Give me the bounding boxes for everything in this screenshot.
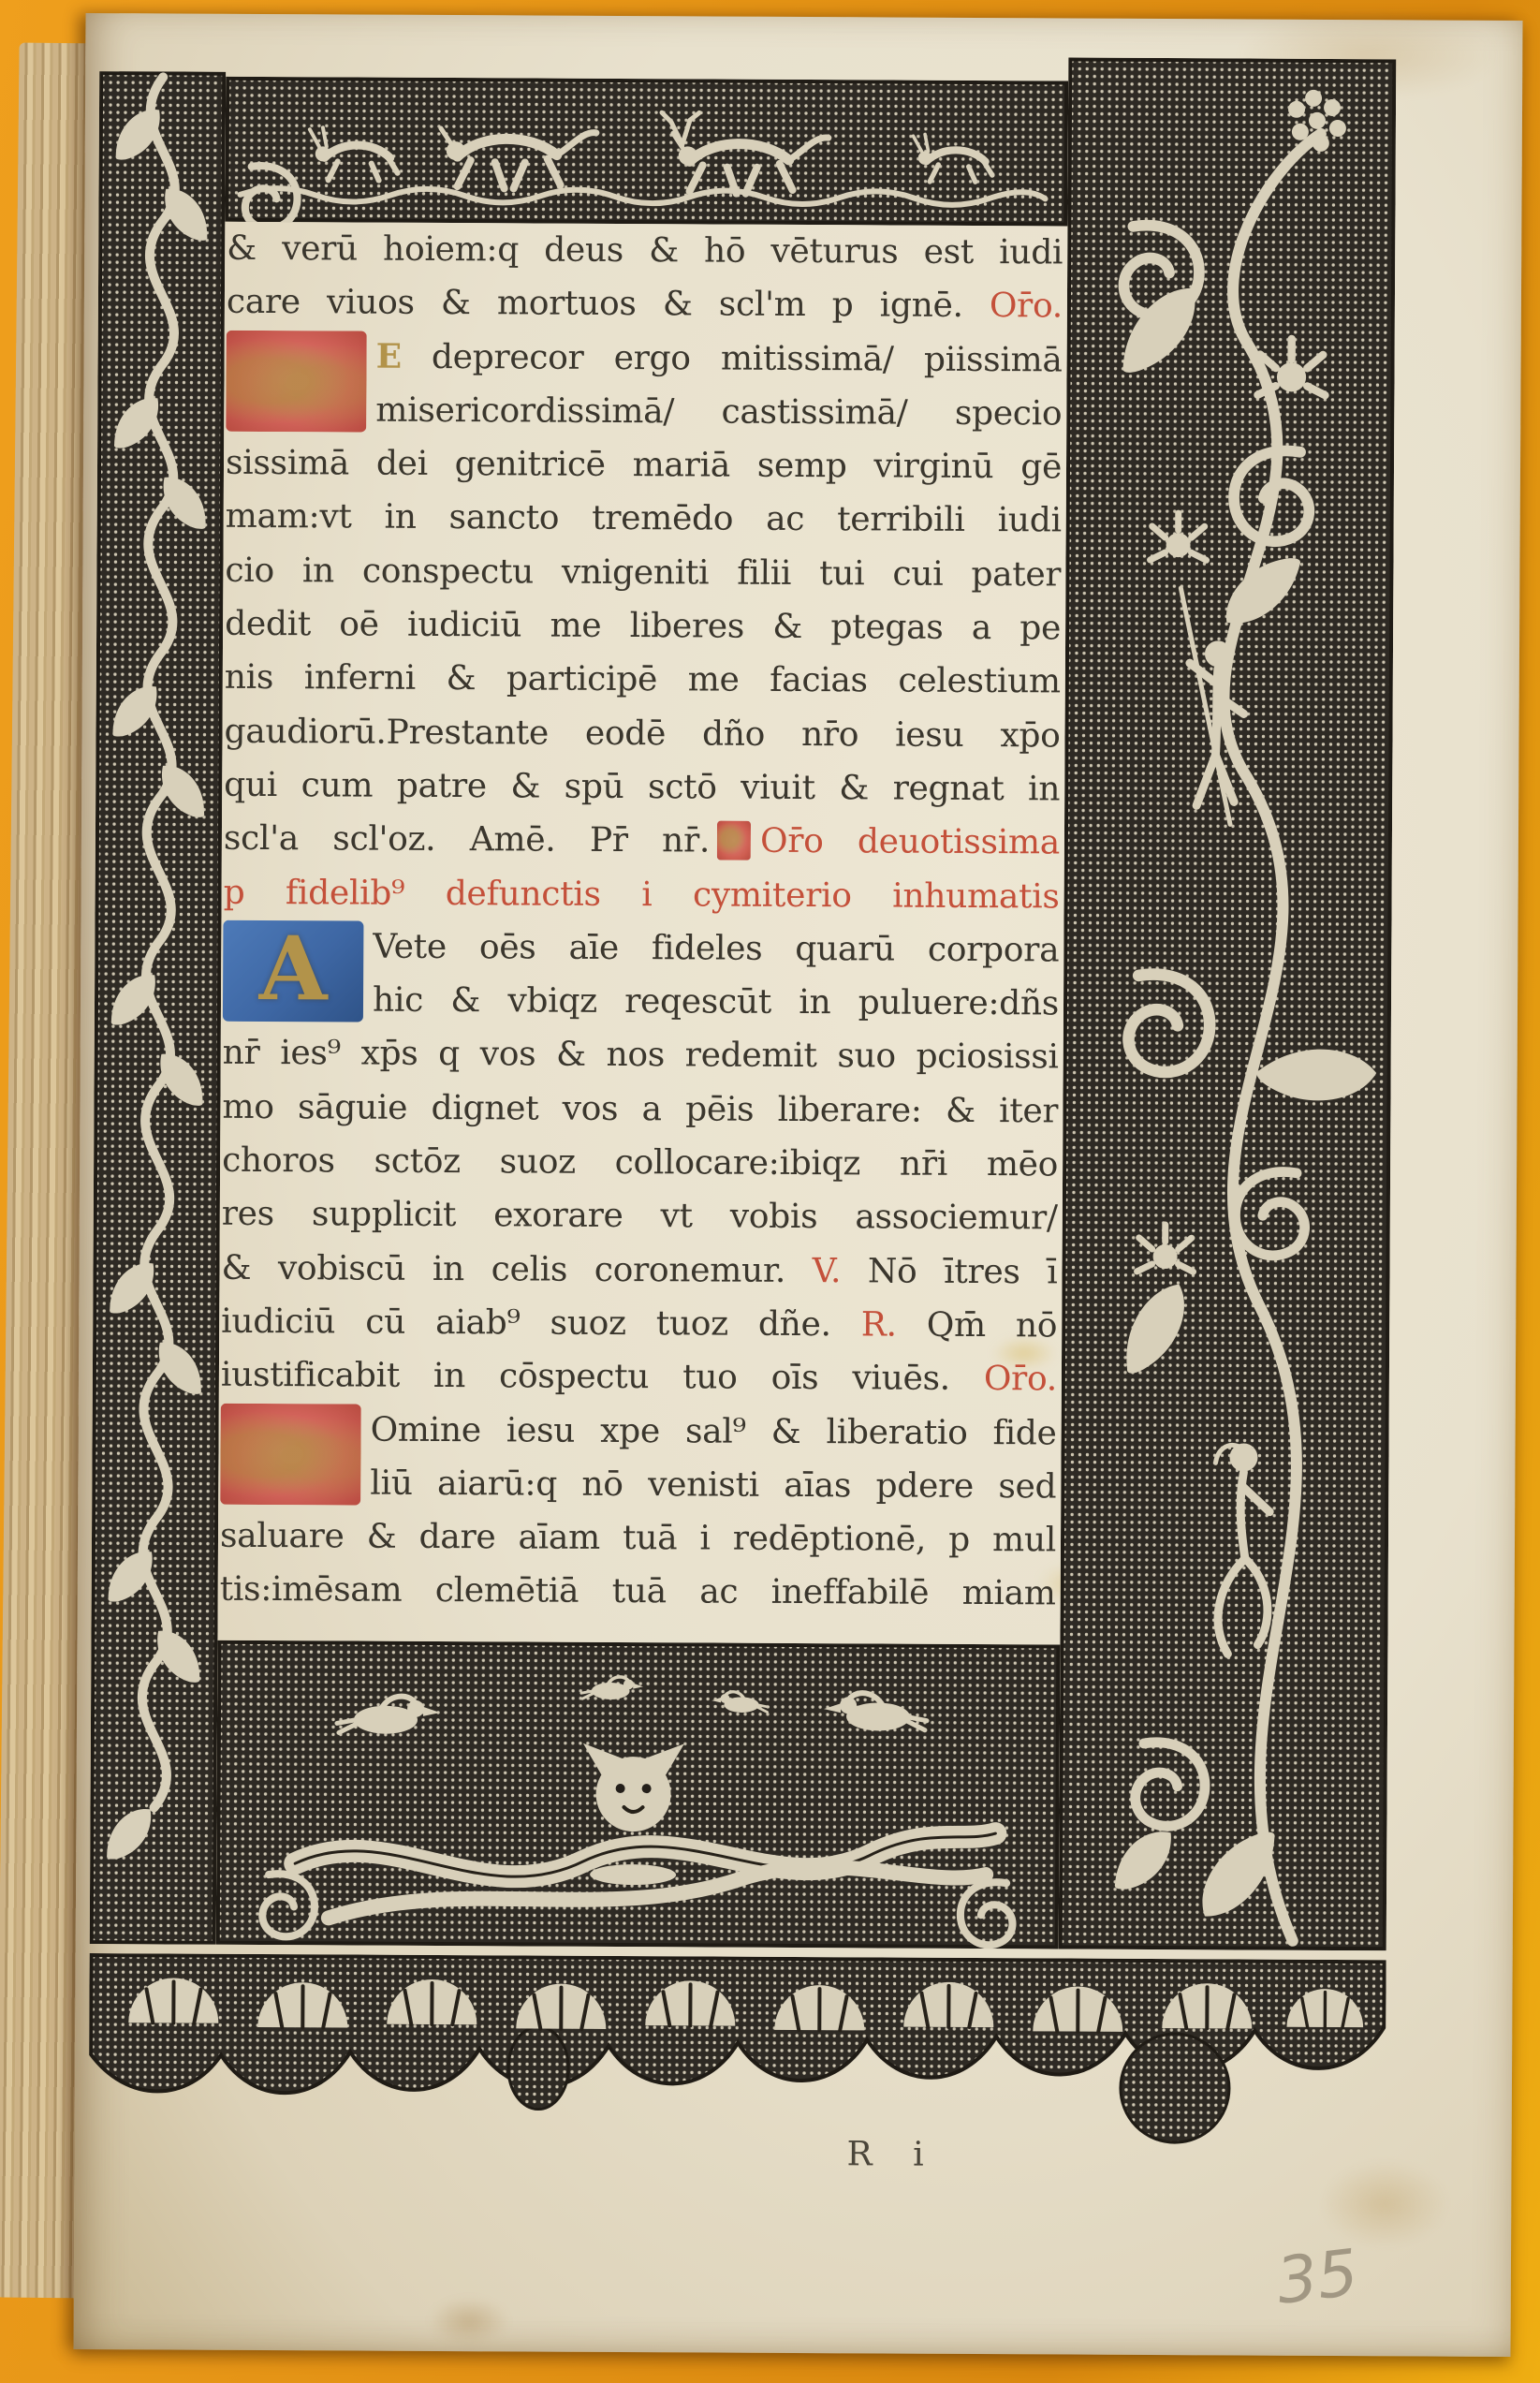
body-text: tis:imēsam clemētiā tuā ac ineffabilē mi… xyxy=(220,1570,1056,1613)
text-line: iustificabit in cōspectu tuo oīs viuēs. … xyxy=(221,1348,1057,1406)
woodcut-border-right xyxy=(1059,57,1397,1950)
photograph-background: & verū hoiem:q deus & hō vēturus est iud… xyxy=(0,0,1540,2383)
text-line: sissimā dei genitricē mariā semp virginū… xyxy=(226,436,1062,494)
body-text: liū aiarū:q nō venisti aīas pdere sed xyxy=(370,1464,1056,1506)
text-line: nr̄ ies⁹ xp̄s q vos & nos redemit suo pc… xyxy=(223,1026,1059,1084)
text-line: nis inferni & participē me facias celest… xyxy=(225,651,1061,709)
text-line: tis:imēsam clemētiā tuā ac ineffabilē mi… xyxy=(220,1563,1056,1621)
text-line: mam:vt in sancto tremēdo ac terribili iu… xyxy=(226,490,1062,548)
body-text: Qm̄ nō xyxy=(897,1305,1058,1345)
text-line: choros sctōz suoz collocare:ibiqz nr̄i m… xyxy=(222,1134,1058,1192)
body-text: E xyxy=(376,336,402,375)
text-line: p fidelib⁹ defunctis i cymiterio inhumat… xyxy=(223,865,1059,923)
body-text: nis inferni & participē me facias celest… xyxy=(225,658,1061,701)
text-line: care viuos & mortuos & scl'm p ignē. Or̄… xyxy=(227,275,1063,333)
initial-letter: A xyxy=(258,918,328,1021)
body-text: care viuos & mortuos & scl'm p ignē. xyxy=(227,283,990,325)
quire-signature: R i xyxy=(846,2135,938,2174)
body-text: misericordissimā/ castissimā/ specio xyxy=(375,391,1062,434)
body-text: scl'a scl'oz. Amē. Pr̄ nr̄. xyxy=(224,819,710,861)
body-text: saluare & dare aīam tuā i redēptionē, p … xyxy=(220,1517,1056,1560)
body-text: cio in conspectu vnigeniti filii tui cui… xyxy=(225,552,1061,595)
body-text: & verū hoiem:q deus & hō vēturus est iud… xyxy=(227,229,1063,272)
body-text: hic & vbiqz reqescūt in puluere:dñs xyxy=(373,981,1059,1023)
body-text: qui cum patre & spū sctō viuit & regnat … xyxy=(224,766,1060,809)
body-text: choros sctōz suoz collocare:ibiqz nr̄i m… xyxy=(222,1141,1058,1184)
body-text: sissimā dei genitricē mariā semp virginū… xyxy=(226,444,1062,487)
body-text: res supplicit exorare vt vobis associemu… xyxy=(222,1195,1058,1238)
rubric-text: V. xyxy=(813,1252,842,1290)
text-line: res supplicit exorare vt vobis associemu… xyxy=(222,1187,1058,1245)
illuminated-initial-red-1 xyxy=(226,331,367,433)
text-line: dedit oē iudiciū me liberes & ptegas a p… xyxy=(225,597,1061,655)
illuminated-initial-blue-A: A xyxy=(223,920,364,1022)
text-line: iudiciū cū aiab⁹ suoz tuoz dñe. R. Qm̄ n… xyxy=(221,1295,1057,1353)
body-text: Nō ītres ī xyxy=(841,1252,1057,1291)
body-text: dedit oē iudiciū me liberes & ptegas a p… xyxy=(225,605,1061,648)
pencil-folio-number: 35 xyxy=(1273,2236,1362,2319)
body-text: gaudiorū.Prestante eodē dño nr̄o iesu xp… xyxy=(224,712,1060,755)
stain-spot xyxy=(1319,2159,1450,2249)
text-line: qui cum patre & spū sctō viuit & regnat … xyxy=(224,758,1060,816)
body-text: iustificabit in cōspectu tuo oīs viuēs. xyxy=(221,1356,984,1398)
body-text: mo sāguie dignet vos a pēis liberare: & … xyxy=(222,1088,1058,1131)
rubric-text: Or̄o. xyxy=(990,287,1063,325)
text-line: mo sāguie dignet vos a pēis liberare: & … xyxy=(222,1081,1058,1139)
text-line: saluare & dare aīam tuā i redēptionē, p … xyxy=(220,1509,1056,1567)
woodcut-border-bottom xyxy=(89,1953,1386,2147)
text-line: gaudiorū.Prestante eodē dño nr̄o iesu xp… xyxy=(224,704,1060,762)
body-text: Omine iesu xpe sal⁹ & liberatio fide xyxy=(371,1410,1057,1452)
body-text: deprecor ergo mitissimā/ piissimā xyxy=(402,337,1063,379)
painted-paragraph-mark xyxy=(717,821,751,861)
woodcut-border-top xyxy=(225,77,1068,227)
woodcut-bottom-panel xyxy=(216,1640,1061,1949)
rubric-text: Or̄o. xyxy=(984,1360,1057,1398)
woodcut-border-left xyxy=(90,71,226,1945)
rubric-text: p fidelib⁹ defunctis i cymiterio inhumat… xyxy=(224,873,1060,916)
rubric-text: Or̄o deuotissima xyxy=(760,822,1060,862)
body-text: iudiciū cū aiab⁹ suoz tuoz dñe. xyxy=(221,1302,861,1345)
text-line: & verū hoiem:q deus & hō vēturus est iud… xyxy=(227,222,1063,280)
text-line: & vobiscū in celis coronemur. V. Nō ītre… xyxy=(221,1241,1057,1299)
illuminated-initial-red-2 xyxy=(220,1404,361,1506)
body-text: mam:vt in sancto tremēdo ac terribili iu… xyxy=(226,497,1062,540)
foxing-spot xyxy=(430,2298,509,2345)
rubric-text: R. xyxy=(861,1305,897,1344)
body-text: nr̄ ies⁹ xp̄s q vos & nos redemit suo pc… xyxy=(223,1034,1059,1077)
text-line: scl'a scl'oz. Amē. Pr̄ nr̄.Or̄o deuotiss… xyxy=(224,812,1060,870)
text-line: cio in conspectu vnigeniti filii tui cui… xyxy=(225,544,1061,602)
parchment-page: & verū hoiem:q deus & hō vēturus est iud… xyxy=(73,13,1522,2357)
body-text: & vobiscū in celis coronemur. xyxy=(221,1248,812,1289)
body-text: Vete oēs aīe fideles quarū corpora xyxy=(373,927,1059,969)
